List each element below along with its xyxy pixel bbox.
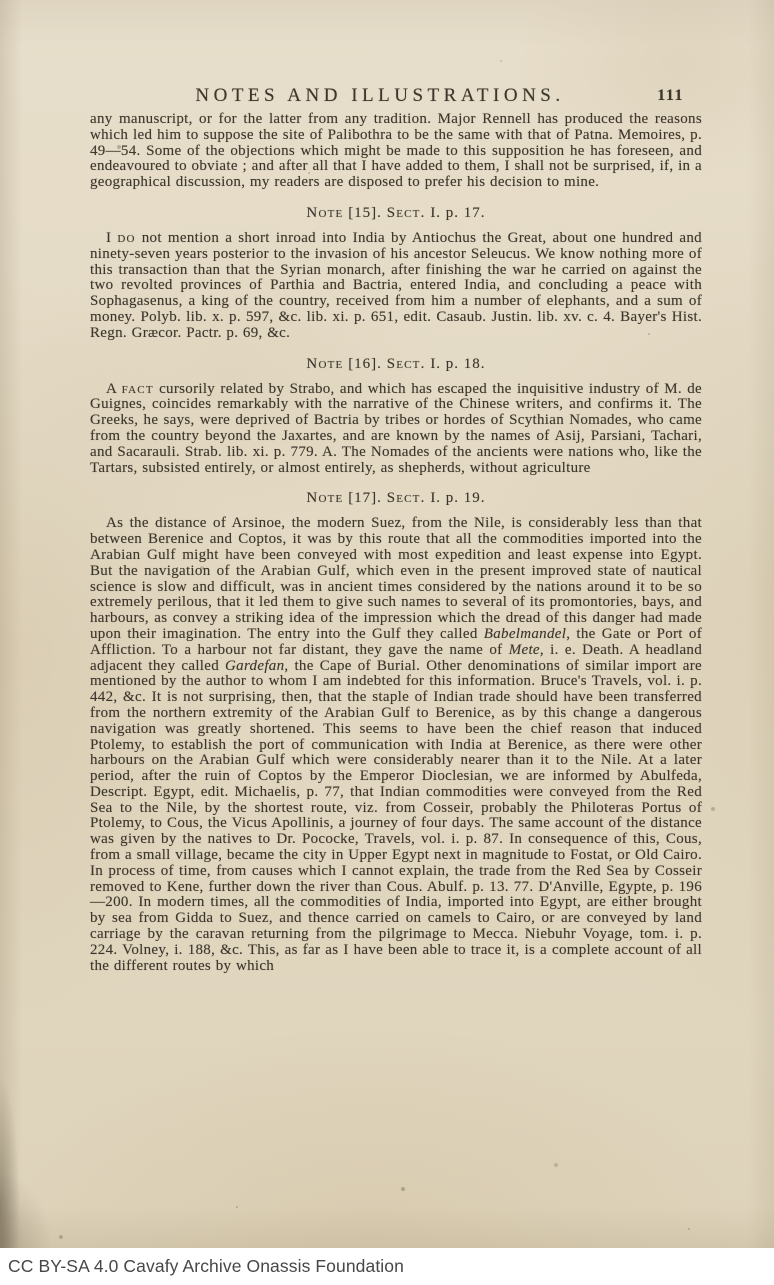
- page-number: 111: [657, 87, 684, 105]
- page-body: any manuscript, or for the latter from a…: [90, 112, 702, 974]
- note-heading: Note [17]. Sect. I. p. 19.: [90, 490, 702, 507]
- paper-texture-speckles: [0, 0, 2, 2]
- note-heading: Note [16]. Sect. I. p. 18.: [90, 356, 702, 373]
- page-title: NOTES AND ILLUSTRATIONS.: [120, 85, 640, 107]
- paragraph: I do not mention a short inroad into Ind…: [90, 231, 702, 342]
- paragraph: A fact cursorily related by Strabo, and …: [90, 382, 702, 477]
- license-footer: CC BY-SA 4.0 Cavafy Archive Onassis Foun…: [0, 1248, 774, 1285]
- license-text: CC BY-SA 4.0 Cavafy Archive Onassis Foun…: [8, 1256, 404, 1277]
- page-header: NOTES AND ILLUSTRATIONS. 111: [90, 85, 702, 109]
- scanned-book-page: NOTES AND ILLUSTRATIONS. 111 any manuscr…: [0, 0, 774, 1248]
- note-heading: Note [15]. Sect. I. p. 17.: [90, 205, 702, 222]
- paragraph: any manuscript, or for the latter from a…: [90, 112, 702, 191]
- paragraph: As the distance of Arsinoe, the modern S…: [90, 516, 702, 974]
